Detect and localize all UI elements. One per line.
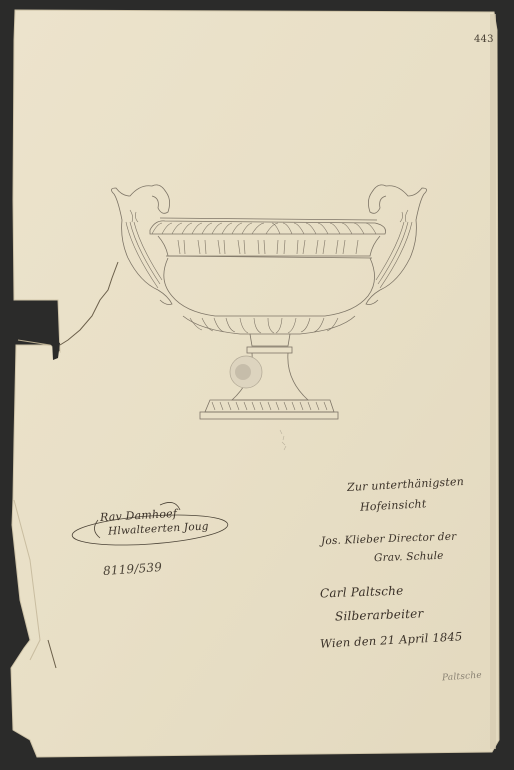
annotation-line: Carl Paltsche (320, 584, 404, 601)
scanned-document: 443 Rav Damhoef Hlwalteerten Joug 8119/5… (0, 0, 514, 770)
folio-number: 443 (474, 34, 494, 45)
annotation-line: Grav. Schule (374, 550, 444, 564)
paper-sheet (0, 0, 514, 770)
